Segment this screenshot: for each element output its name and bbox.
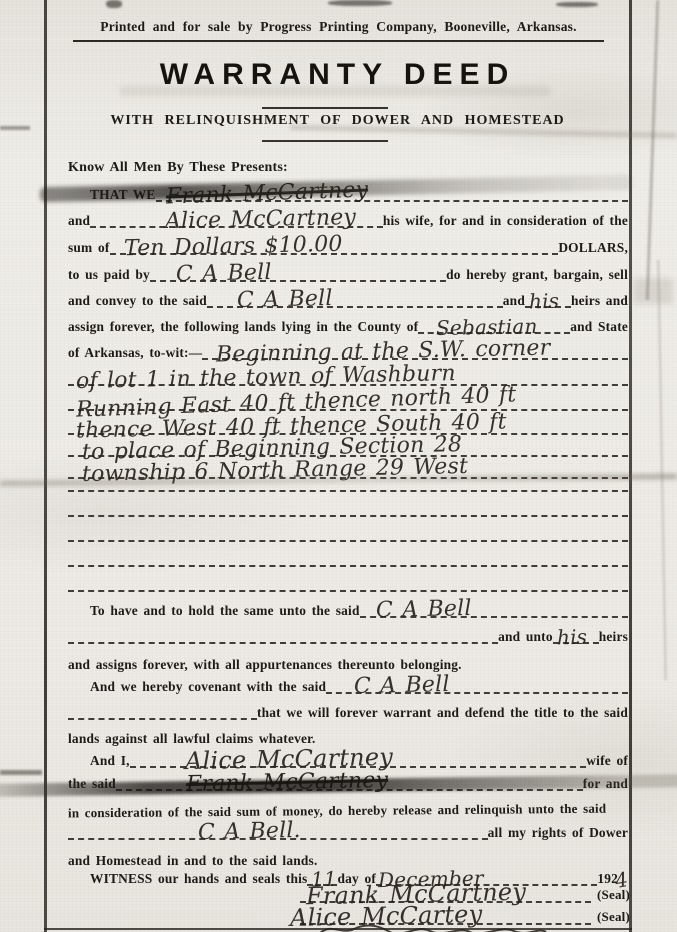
blank-rule <box>68 512 628 517</box>
handwritten-sum: Ten Dollars $10.00 <box>123 236 342 258</box>
unto-label: and unto <box>498 630 553 644</box>
blank-rule <box>68 537 628 542</box>
description-line-3: Running East 40 ft thence north 40 ft <box>68 389 628 411</box>
blank-line-3 <box>68 520 628 542</box>
sum-line: sum of Ten Dollars $10.00 DOLLARS, <box>68 233 628 255</box>
the-said-line: the said Frank McCartney for and <box>68 769 628 791</box>
appurtenances-line: and assigns forever, with all appurtenan… <box>68 650 628 672</box>
and-i-blank: Alice McCartney <box>130 763 587 768</box>
county-blank: Sebastian <box>418 329 570 334</box>
unto-line: and unto his heirs <box>68 622 628 644</box>
description-blank-1: Beginning at the S.W. corner <box>202 355 628 360</box>
release-blank: C A Bell. <box>68 835 488 840</box>
paid-by-line: to us paid by C A Bell do hereby grant, … <box>68 260 628 282</box>
that-we-line: THAT WE Frank McCartney <box>68 180 628 202</box>
presents-text: Know All Men By These Presents: <box>68 161 288 176</box>
blank-line-2 <box>68 495 628 517</box>
printer-imprint-line: Printed and for sale by Progress Printin… <box>73 19 604 42</box>
handwritten-wife-name: Alice McCartney <box>165 209 356 231</box>
the-said-blank: Frank McCartney <box>116 786 583 791</box>
document-subtitle: WITH RELINQUISHMENT OF DOWER AND HOMESTE… <box>45 113 630 129</box>
right-border-rule <box>629 0 632 932</box>
the-said-label: the said <box>68 777 116 791</box>
bottom-border-rule <box>44 928 632 930</box>
county-suffix: and State <box>570 320 628 334</box>
bleed-through-ghost <box>633 278 673 304</box>
handwritten-grantee-1: C A Bell <box>176 264 272 284</box>
handwritten-husband-name-smudged: Frank McCartney <box>186 772 388 794</box>
unto-suffix: heirs <box>599 630 628 644</box>
and-i-label: And I, <box>90 754 130 768</box>
warrant-blank <box>68 715 257 720</box>
to-have-line: To have and to hold the same unto the sa… <box>68 596 628 618</box>
convey-label: and convey to the said <box>68 294 207 308</box>
handwritten-his-1: his <box>529 292 560 309</box>
subtitle-rule-bottom <box>262 140 388 142</box>
handwritten-grantee-3: C A Bell <box>375 600 471 620</box>
dollars-label: DOLLARS, <box>558 241 628 255</box>
appurtenances-text: and assigns forever, with all appurtenan… <box>68 658 462 672</box>
that-we-blank: Frank McCartney <box>156 197 628 202</box>
left-edge-mark <box>0 770 42 775</box>
consideration-line: in consideration of the said sum of mone… <box>68 796 628 818</box>
sum-label: sum of <box>68 241 110 255</box>
handwritten-grantee-2: C A Bell <box>237 290 333 310</box>
wife-suffix-text: his wife, for and in consideration of th… <box>383 214 628 228</box>
handwritten-grantee-4: C A Bell <box>354 676 450 696</box>
scan-edge-mark <box>556 2 598 7</box>
handwritten-grantor-name: Frank McCartney <box>165 182 368 207</box>
sum-blank: Ten Dollars $10.00 <box>110 250 559 255</box>
warrant-line: that we will forever warrant and defend … <box>68 698 628 720</box>
wife-line: and Alice McCartney his wife, for and in… <box>68 206 628 228</box>
release-line: C A Bell. all my rights of Dower <box>68 818 628 840</box>
presents-line: Know All Men By These Presents: <box>68 154 628 176</box>
convey-suffix: heirs and <box>571 294 628 308</box>
witness-label: WITNESS our hands and seals this <box>90 872 307 886</box>
pronoun-blank-2: his <box>553 639 599 644</box>
blank-rule <box>68 487 628 492</box>
county-label: assign forever, the following lands lyin… <box>68 320 418 334</box>
handwritten-grantee-5: C A Bell. <box>198 822 301 842</box>
that-we-label: THAT WE <box>90 188 156 202</box>
blank-line-1 <box>68 470 628 492</box>
cutoff-signature-stroke <box>318 921 548 932</box>
warrant-text: that we will forever warrant and defend … <box>257 706 628 720</box>
paid-by-suffix: do hereby grant, bargain, sell <box>446 268 628 282</box>
scanned-warranty-deed-page: Printed and for sale by Progress Printin… <box>0 0 677 932</box>
and-i-suffix: wife of <box>586 754 628 768</box>
scan-edge-mark <box>106 0 122 8</box>
paid-by-label: to us paid by <box>68 268 150 282</box>
blank-rule <box>68 587 628 592</box>
document-title: WARRANTY DEED <box>45 58 630 92</box>
description-line-5: to place of Beginning Section 28 <box>68 435 628 457</box>
claims-line: lands against all lawful claims whatever… <box>68 724 628 746</box>
convey-and-label: and <box>503 294 525 308</box>
handwritten-county: Sebastian <box>436 318 538 336</box>
paper-wrinkle <box>646 0 659 300</box>
pronoun-blank-1: his <box>525 303 571 308</box>
convey-blank: C A Bell <box>207 303 503 308</box>
towit-line: of Arkansas, to-wit:— Beginning at the S… <box>68 338 628 360</box>
handwritten-description-1: Beginning at the S.W. corner <box>216 340 551 365</box>
scan-edge-mark <box>328 0 392 6</box>
convey-line: and convey to the said C A Bell and his … <box>68 286 628 308</box>
paper-wrinkle <box>657 260 666 680</box>
left-border-rule <box>44 0 47 932</box>
blank-line-4 <box>68 545 628 567</box>
wife-name-blank: Alice McCartney <box>90 223 383 228</box>
paid-by-blank: C A Bell <box>150 277 446 282</box>
covenant-line: And we hereby covenant with the said C A… <box>68 672 628 694</box>
blank-rule <box>68 562 628 567</box>
towit-label: of Arkansas, to-wit:— <box>68 346 202 360</box>
description-line-4: thence West 40 ft thence South 40 ft <box>68 413 628 435</box>
to-have-label: To have and to hold the same unto the sa… <box>90 604 360 618</box>
covenant-label: And we hereby covenant with the said <box>90 680 326 694</box>
seal-label-1: (Seal) <box>597 887 630 903</box>
seal-label-2: (Seal) <box>597 909 630 925</box>
description-line-2: of lot 1 in the town of Washburn <box>68 364 628 386</box>
unto-blank <box>68 639 498 644</box>
and-i-line: And I, Alice McCartney wife of <box>68 746 628 768</box>
left-edge-mark <box>0 126 30 130</box>
handwritten-his-2: his <box>556 628 587 645</box>
description-blank-2: of lot 1 in the town of Washburn <box>68 381 628 386</box>
county-line: assign forever, the following lands lyin… <box>68 312 628 334</box>
release-suffix: all my rights of Dower <box>488 826 628 840</box>
covenant-blank: C A Bell <box>326 689 628 694</box>
claims-text: lands against all lawful claims whatever… <box>68 732 316 746</box>
to-have-blank: C A Bell <box>360 613 628 618</box>
blank-line-5 <box>68 570 628 592</box>
subtitle-rule-top <box>262 107 388 109</box>
the-said-suffix: for and <box>583 777 628 791</box>
wife-and-label: and <box>68 214 90 228</box>
description-blank-3: Running East 40 ft thence north 40 ft <box>68 406 628 411</box>
